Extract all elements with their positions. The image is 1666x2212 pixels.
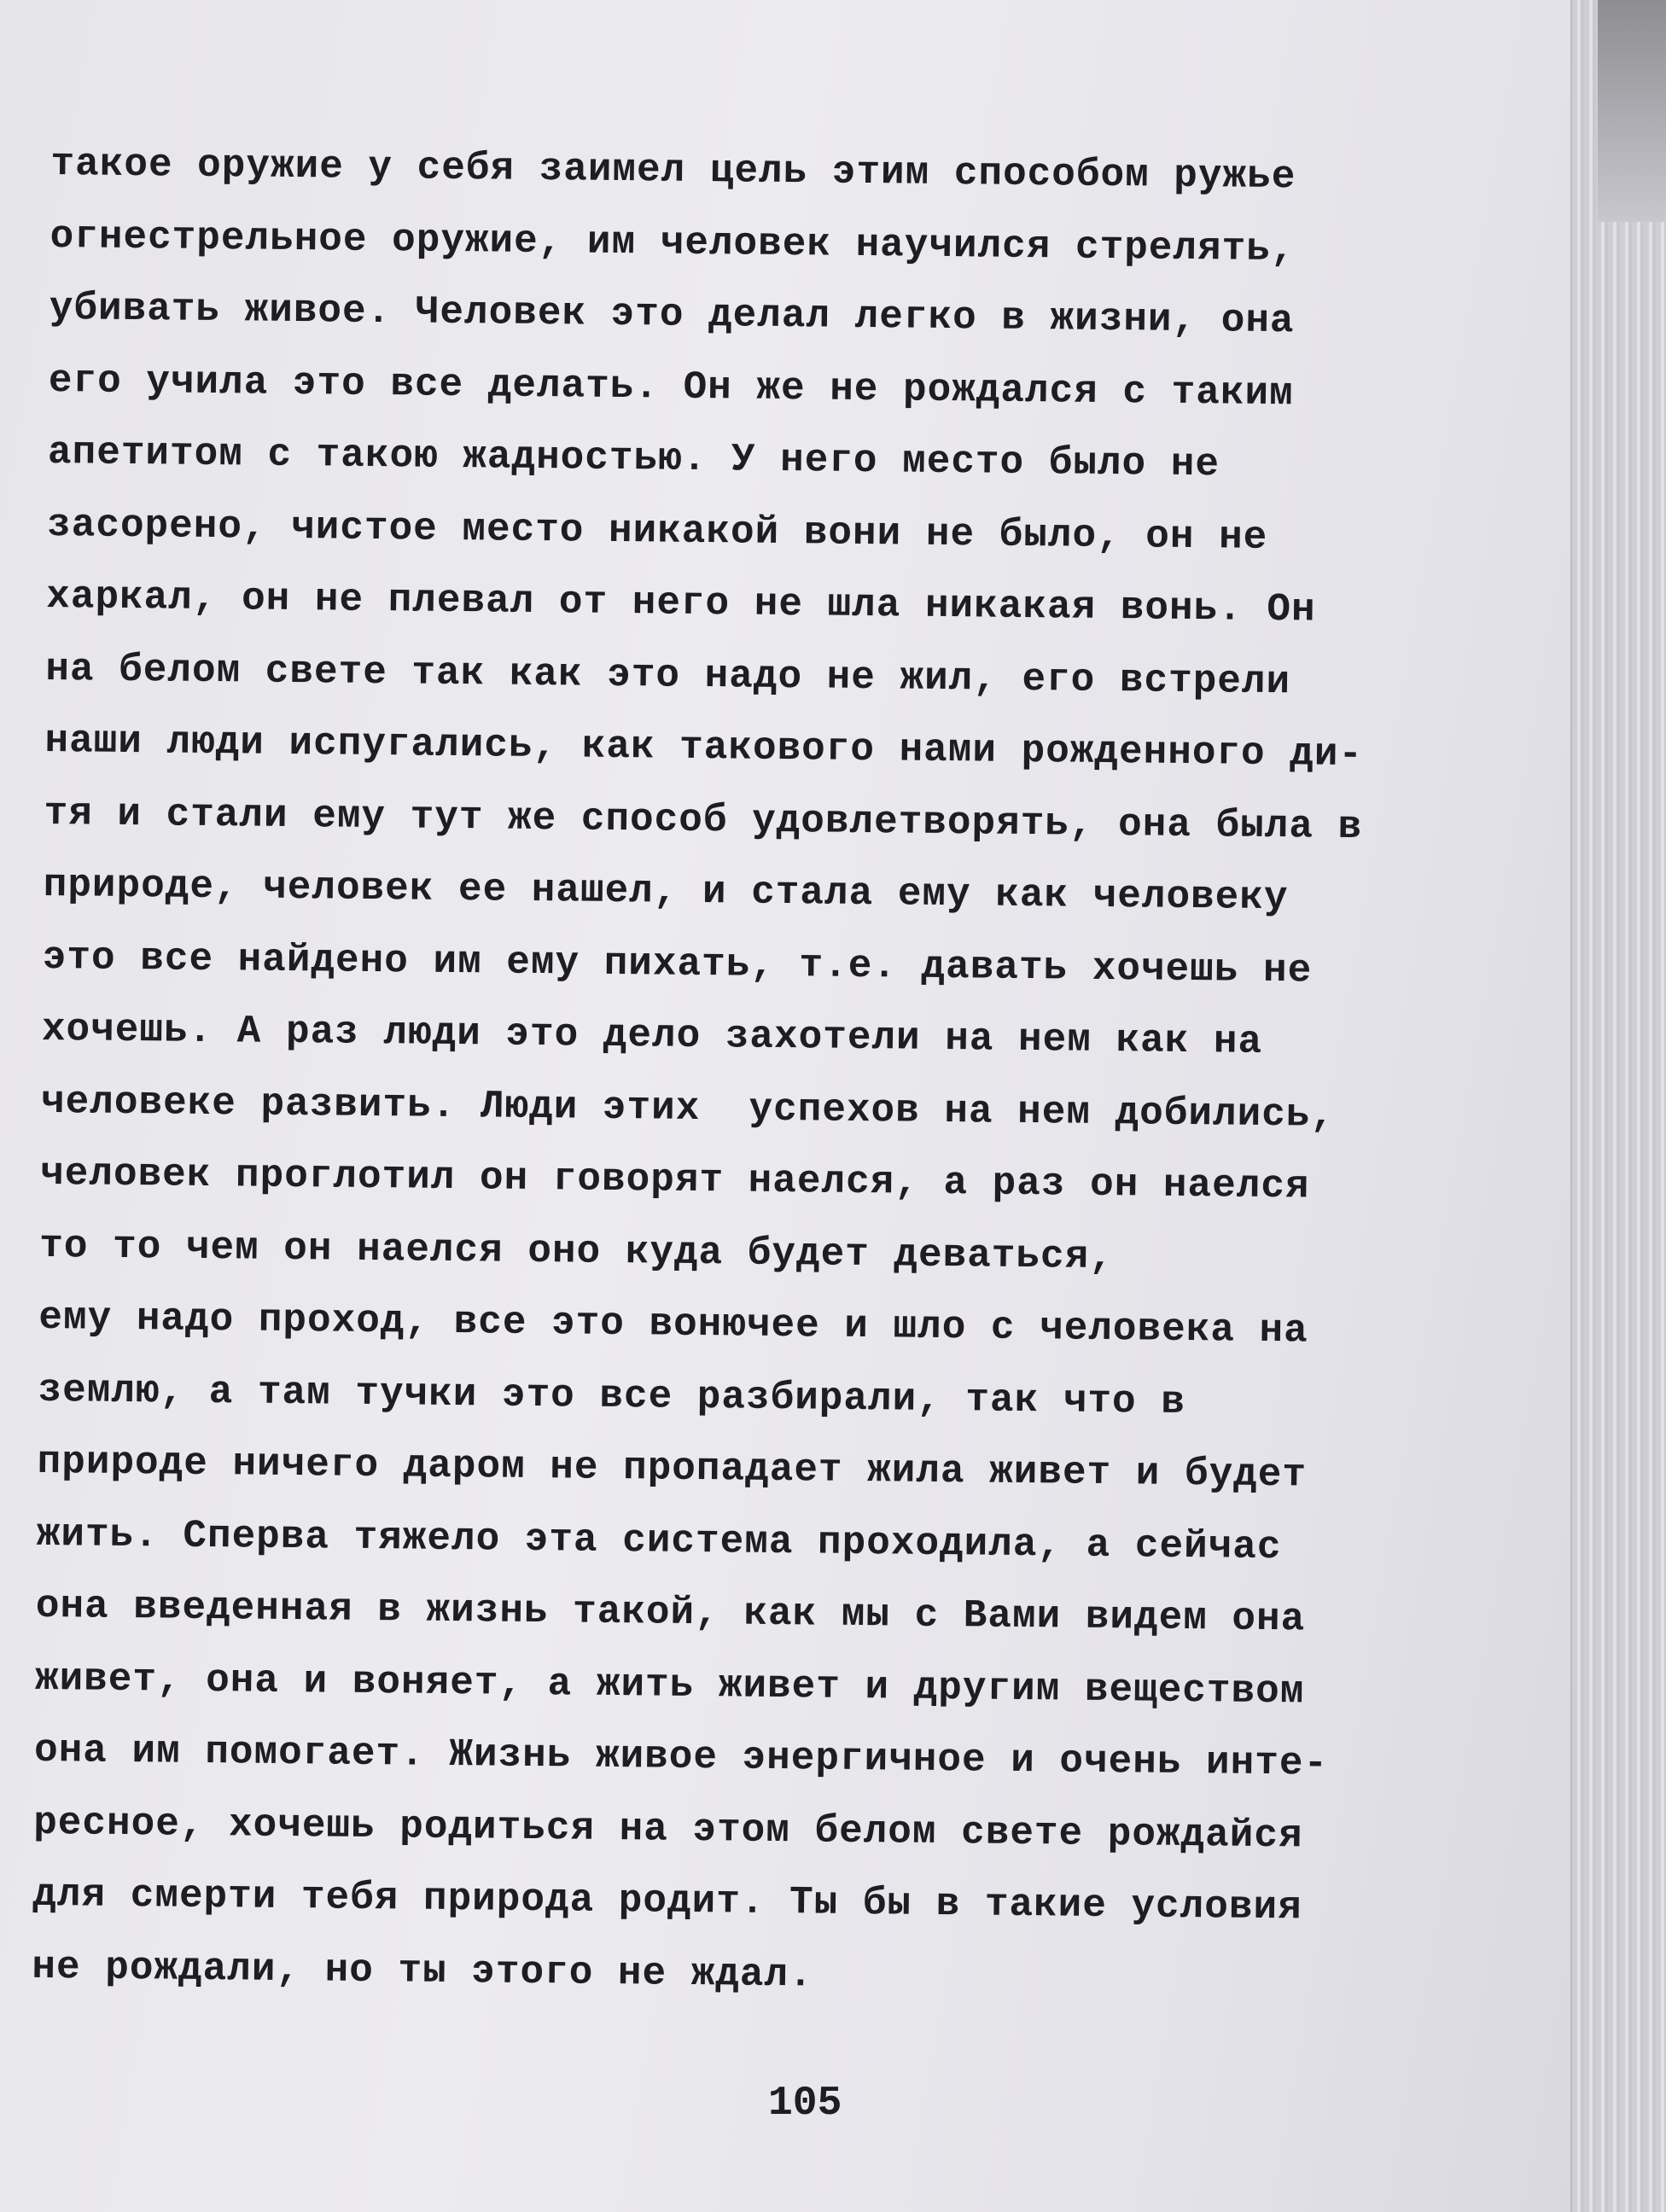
corner-shadow	[1598, 0, 1666, 222]
body-text: такое оружие у себя заимел цель этим спо…	[32, 128, 1502, 2018]
page-number: 105	[768, 2081, 842, 2127]
page-stack-edge	[1570, 0, 1666, 2212]
text-line: не рождали, но ты этого не ждал.	[32, 1930, 1483, 2017]
